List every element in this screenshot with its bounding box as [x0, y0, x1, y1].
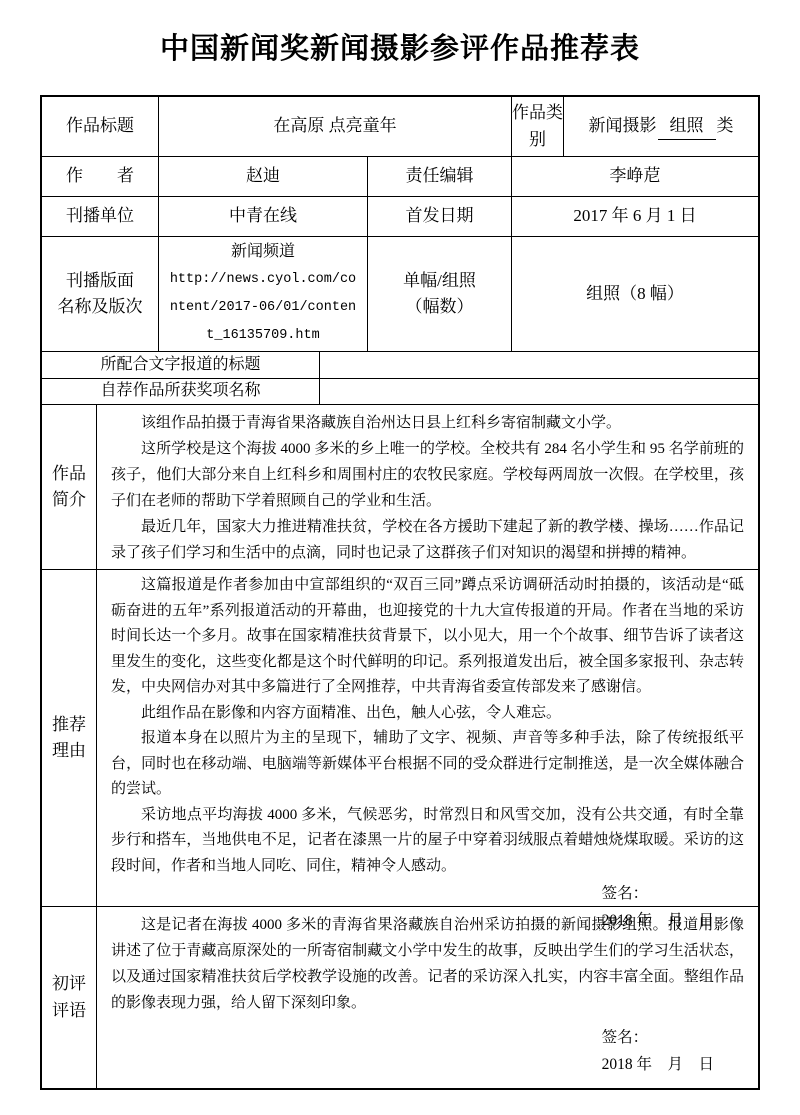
review-signature-label: 签名： — [602, 1024, 714, 1051]
reason-body: 这篇报道是作者参加由中宣部组织的“双百三同”蹲点采访调研活动时拍摄的，该活动是“… — [97, 570, 758, 906]
category-prefix: 新闻摄影 — [589, 113, 657, 139]
reason-label: 推荐 理由 — [42, 570, 97, 906]
review-signature-date: 2018 年 月 日 — [602, 1051, 714, 1078]
category-label: 作品类别 — [512, 97, 564, 156]
form-table: 作品标题 在高原 点亮童年 作品类别 新闻摄影组照类 作 者 赵迪 责任编辑 李… — [40, 95, 760, 1090]
row-layout: 刊播版面 名称及版次 新闻频道 http://news.cyol.com/con… — [42, 237, 758, 352]
review-paragraph: 这是记者在海拔 4000 多米的青海省果洛藏族自治州采访拍摄的新闻摄影组照。报道… — [111, 912, 744, 1016]
award-label: 自荐作品所获奖项名称 — [42, 379, 320, 404]
row-award: 自荐作品所获奖项名称 — [42, 379, 758, 405]
row-author: 作 者 赵迪 责任编辑 李峥苨 — [42, 157, 758, 197]
reason-signature-label: 签名： — [602, 880, 714, 907]
recommendation-form-page: 中国新闻奖新闻摄影参评作品推荐表 作品标题 在高原 点亮童年 作品类别 新闻摄影… — [0, 0, 800, 1115]
work-title-label: 作品标题 — [42, 97, 159, 156]
review-label: 初评 评语 — [42, 907, 97, 1088]
award-value — [320, 379, 758, 404]
editor-value: 李峥苨 — [512, 157, 758, 196]
section-intro: 作品 简介 该组作品拍摄于青海省果洛藏族自治州达日县上红科乡寄宿制藏文小学。 这… — [42, 405, 758, 570]
reason-paragraph: 采访地点平均海拔 4000 多米，气候恶劣，时常烈日和风雪交加，没有公共交通，有… — [111, 803, 744, 880]
reason-paragraph: 报道本身在以照片为主的呈现下，辅助了文字、视频、声音等多种手法，除了传统报纸平台… — [111, 726, 744, 803]
category-type-underlined: 组照 — [658, 113, 716, 140]
text-report-title-label: 所配合文字报道的标题 — [42, 352, 320, 378]
first-publish-date-value: 2017 年 6 月 1 日 — [512, 197, 758, 236]
author-label: 作 者 — [42, 157, 159, 196]
page-title: 中国新闻奖新闻摄影参评作品推荐表 — [0, 26, 800, 67]
row-work-title: 作品标题 在高原 点亮童年 作品类别 新闻摄影组照类 — [42, 97, 758, 157]
layout-value: 新闻频道 http://news.cyol.com/content/2017-0… — [159, 237, 368, 351]
text-report-title-value — [320, 352, 758, 378]
row-text-report-title: 所配合文字报道的标题 — [42, 352, 758, 379]
intro-paragraph: 这所学校是这个海拔 4000 多米的乡上唯一的学校。全校共有 284 名小学生和… — [111, 436, 744, 514]
article-url: http://news.cyol.com/content/2017-06/01/… — [168, 266, 358, 350]
section-review: 初评 评语 这是记者在海拔 4000 多米的青海省果洛藏族自治州采访拍摄的新闻摄… — [42, 907, 758, 1088]
channel-name: 新闻频道 — [231, 238, 295, 266]
intro-body: 该组作品拍摄于青海省果洛藏族自治州达日县上红科乡寄宿制藏文小学。 这所学校是这个… — [97, 405, 758, 569]
intro-paragraph: 最近几年，国家大力推进精准扶贫，学校在各方援助下建起了新的教学楼、操场……作品记… — [111, 514, 744, 566]
publisher-label: 刊播单位 — [42, 197, 159, 236]
reason-paragraph: 这篇报道是作者参加由中宣部组织的“双百三同”蹲点采访调研活动时拍摄的，该活动是“… — [111, 573, 744, 701]
intro-paragraph: 该组作品拍摄于青海省果洛藏族自治州达日县上红科乡寄宿制藏文小学。 — [111, 410, 744, 436]
review-body: 这是记者在海拔 4000 多米的青海省果洛藏族自治州采访拍摄的新闻摄影组照。报道… — [97, 907, 758, 1088]
reason-paragraph: 此组作品在影像和内容方面精准、出色，触人心弦，令人难忘。 — [111, 701, 744, 727]
photo-count-label: 单幅/组照 （幅数） — [368, 237, 512, 351]
work-title-value: 在高原 点亮童年 — [159, 97, 512, 156]
category-suffix: 类 — [717, 113, 734, 139]
editor-label: 责任编辑 — [368, 157, 512, 196]
first-publish-date-label: 首发日期 — [368, 197, 512, 236]
photo-count-value: 组照（8 幅） — [512, 237, 758, 351]
publisher-value: 中青在线 — [159, 197, 368, 236]
intro-label: 作品 简介 — [42, 405, 97, 569]
section-reason: 推荐 理由 这篇报道是作者参加由中宣部组织的“双百三同”蹲点采访调研活动时拍摄的… — [42, 570, 758, 907]
author-value: 赵迪 — [159, 157, 368, 196]
review-signature-block: 签名： 2018 年 月 日 — [111, 1024, 744, 1078]
category-value: 新闻摄影组照类 — [564, 97, 758, 156]
row-publisher: 刊播单位 中青在线 首发日期 2017 年 6 月 1 日 — [42, 197, 758, 237]
layout-label: 刊播版面 名称及版次 — [42, 237, 159, 351]
